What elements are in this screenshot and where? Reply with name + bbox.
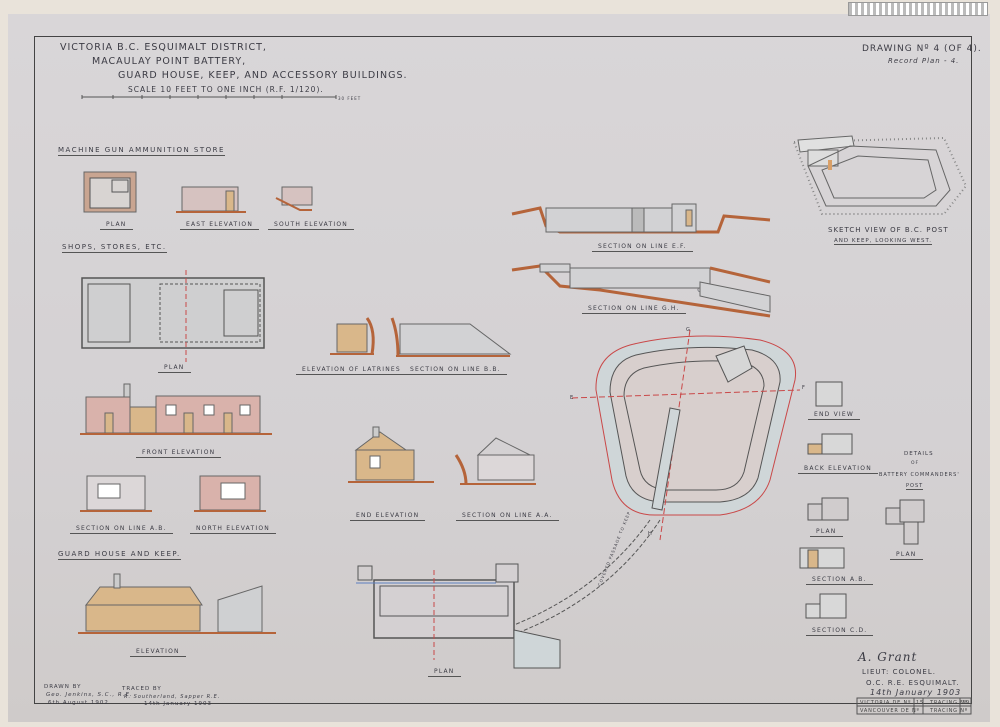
sketch-view-drawing xyxy=(794,136,966,214)
section-ef-drawing xyxy=(512,204,770,232)
shops-section-ab xyxy=(80,476,152,511)
section-bb xyxy=(392,318,510,356)
bc-post-details-drawing xyxy=(800,382,924,618)
signature-office: O.C. R.E. Esquimalt. xyxy=(866,679,960,687)
drawing-graphics xyxy=(0,0,1000,727)
keep-plan-drawing xyxy=(514,330,800,632)
traced-date: 14th January 1903 xyxy=(144,701,212,707)
mg-store-plan xyxy=(84,172,136,212)
shops-front-elevation xyxy=(80,384,272,434)
mg-store-south-elevation xyxy=(276,187,312,210)
drawn-date: 6th August 1902 xyxy=(48,700,109,706)
cottage-section-aa xyxy=(456,438,536,484)
mg-store-east-elevation xyxy=(176,187,246,212)
signature-rank: Lieut: Colonel. xyxy=(862,668,936,676)
scale-bar xyxy=(82,95,336,99)
drawn-by-name: Geo. Jenkins, S.C., R.E. xyxy=(46,692,133,698)
register-tracing-value-1: 39 xyxy=(962,700,970,706)
register-vancouver-label: Vancouver DE Nº xyxy=(860,708,920,714)
guard-house-plan-drawing xyxy=(356,564,560,668)
guard-house-elevation xyxy=(78,574,276,633)
traced-by-label: Traced by xyxy=(122,686,162,692)
cottage-end-elevation xyxy=(348,427,434,482)
latrines-elevation xyxy=(330,318,374,354)
register-tracing-label-2: Tracing Nº xyxy=(930,708,968,714)
drawn-by-label: Drawn by xyxy=(44,684,81,690)
section-gh-drawing xyxy=(512,264,770,316)
register-victoria-value: 15 xyxy=(916,700,924,706)
register-victoria-label: Victoria DE Nº xyxy=(860,700,911,706)
signature-date: 14th January 1903 xyxy=(870,688,961,697)
traced-by-name: R. Southerland, Sapper R.E. xyxy=(124,694,220,700)
shops-plan xyxy=(82,270,264,362)
shops-north-elevation xyxy=(194,476,266,511)
signature: A. Grant xyxy=(858,650,917,664)
